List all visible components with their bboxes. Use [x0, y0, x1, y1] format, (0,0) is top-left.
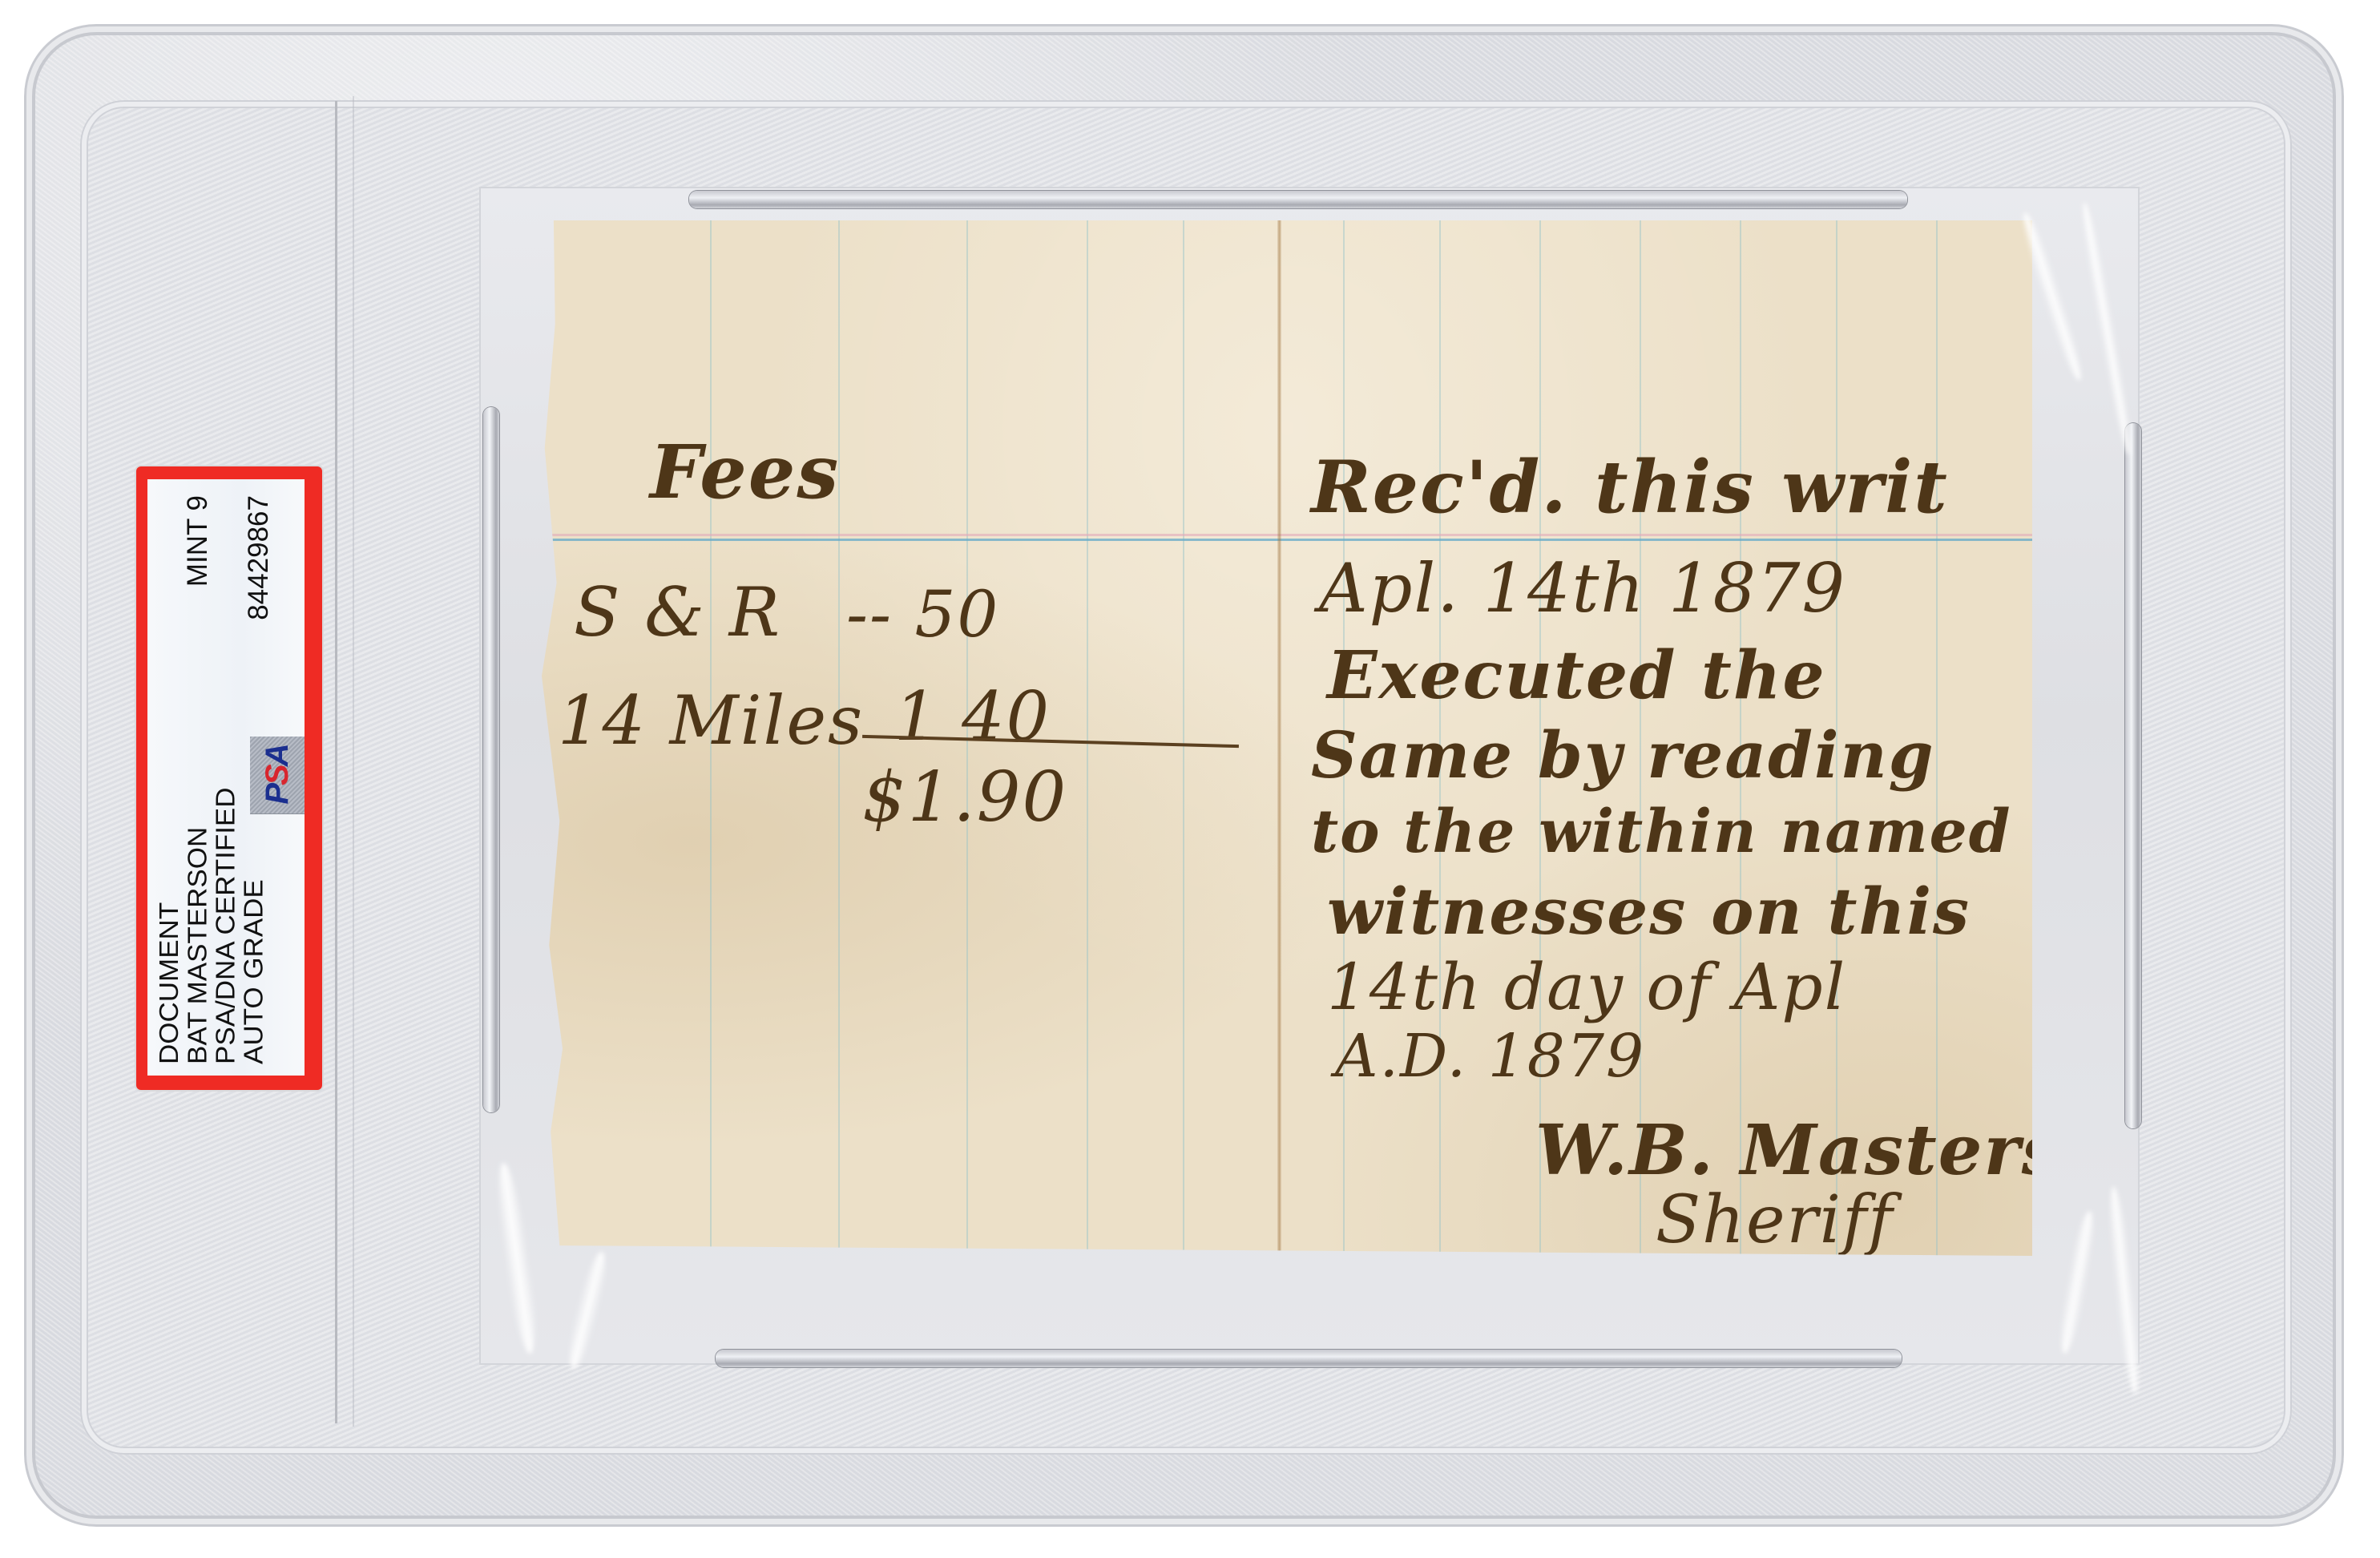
psa-hologram-icon: PSA — [250, 737, 305, 814]
left-rail — [483, 407, 499, 1112]
fee-item-service: S & R — [574, 573, 781, 652]
bottom-rail — [716, 1350, 1902, 1367]
receipt-line-6: witnesses on this — [1327, 874, 1971, 949]
signature-title: Sheriff — [1656, 1182, 1894, 1258]
top-rail — [689, 191, 1907, 208]
receipt-line-3: Executed the — [1327, 637, 1826, 714]
receipt-line-8: A.D. 1879 — [1335, 1022, 1645, 1091]
label-divider — [335, 101, 337, 1423]
fee-amount-miles: 1 40 — [894, 677, 1051, 756]
label-description: DOCUMENT BAT MASTERSON PSA/DNA CERTIFIED… — [155, 787, 268, 1064]
fee-item-miles: 14 Miles — [558, 681, 864, 760]
grade-text: MINT 9 — [183, 495, 212, 587]
certification-label: DOCUMENT BAT MASTERSON PSA/DNA CERTIFIED… — [136, 466, 322, 1090]
receipt-line-1: Rec'd. this writ — [1311, 445, 1949, 530]
label-divider-edge — [353, 96, 354, 1427]
label-line-certification: PSA/DNA CERTIFIED — [212, 787, 240, 1064]
label-line-subject: BAT MASTERSON — [184, 787, 212, 1064]
receipt-line-4: Same by reading — [1311, 717, 1935, 793]
center-fold — [1277, 220, 1281, 1256]
fee-total: $1.90 — [862, 757, 1067, 838]
fees-heading: Fees — [650, 429, 840, 515]
receipt-line-7: 14th day of Apl — [1327, 950, 1846, 1024]
label-line-auto-grade: AUTO GRADE — [240, 787, 268, 1064]
label-face: DOCUMENT BAT MASTERSON PSA/DNA CERTIFIED… — [147, 479, 305, 1076]
psa-logo: PSA — [260, 745, 296, 804]
cert-number: 84429867 — [244, 495, 273, 620]
receipt-line-2: Apl. 14th 1879 — [1319, 549, 1846, 628]
fee-amount-service: -- 50 — [846, 577, 999, 652]
receipt-line-5: to the within named — [1311, 797, 2011, 866]
label-line-category: DOCUMENT — [155, 787, 184, 1064]
document-paper: Fees S & R -- 50 14 Miles 1 40 $1.90 Rec… — [542, 220, 2032, 1256]
right-rail — [2125, 423, 2141, 1128]
